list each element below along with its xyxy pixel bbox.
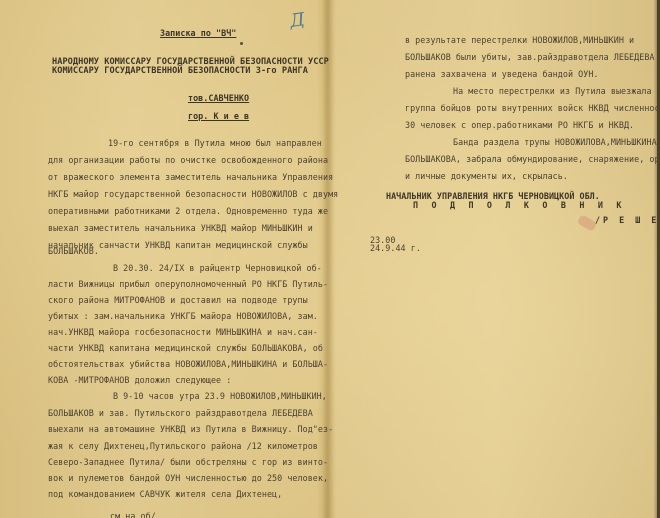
body-line: группа бойцов роты внутренних войск НКВД… — [405, 103, 660, 113]
body-line: выехали на автомашине УНКВД из Путила в … — [48, 424, 333, 434]
body-line: в результате перестрелки НОВОЖИЛОВ,МИНЬШ… — [405, 35, 634, 45]
body-line: части УНКВД капитана медицинской службы … — [48, 343, 323, 353]
body-line: БОЛЬШАКОВ и зав. Путильского райздравотд… — [48, 408, 313, 418]
document-spread: Д Записка по "ВЧ" НАРОДНОМУ КОМИССАРУ ГО… — [0, 0, 660, 518]
continuation-note: см на об/ — [110, 511, 156, 518]
body-line: оперативными работниками 2 отдела. Однов… — [48, 206, 328, 216]
body-line: ласти Вижницы прибыл оперуполномоченный … — [48, 279, 328, 289]
body-line: НКГБ майор государственной безопасности … — [48, 189, 338, 199]
body-line: обстоятельствах убийства НОВОЖИЛОВА,МИНЬ… — [48, 359, 328, 369]
body-line: нач.УНКВД майора госбезопасности МИНЬШКИ… — [48, 327, 318, 337]
body-line: Банда раздела трупы НОВОЖИЛОВА,МИНЬШКИНА… — [453, 137, 660, 147]
addressee-line-2: КОМИССАРУ ГОСУДАРСТВЕННОЙ БЕЗОПАСНОСТИ 3… — [52, 66, 308, 76]
recipient-city: гор. К и е в — [188, 111, 249, 121]
signature-name: /Р Е Ш Е Т О В — [595, 215, 660, 225]
body-line: ского района МИТРОФАНОВ и доставил на по… — [48, 295, 308, 305]
memo-date: 24.9.44 г. — [370, 243, 421, 253]
body-line: На место перестрелки из Путила выезжала — [453, 86, 652, 96]
body-line: КОВА -МИТРОФАНОВ доложил следующее : — [48, 375, 231, 385]
body-line: БОЛЬШАКОВ были убиты, зав.райздравотдела… — [405, 52, 655, 62]
body-line-bolshakov: БОЛЬШАКОВ. — [48, 246, 99, 256]
body-line: убитых : зам.начальника УНКГБ майора НОВ… — [48, 311, 318, 321]
body-line: от вражеского элемента заместитель начал… — [48, 172, 333, 182]
left-page: Записка по "ВЧ" НАРОДНОМУ КОМИССАРУ ГОСУ… — [0, 0, 327, 518]
body-line: под командованием САВЧУК жителя села Дих… — [48, 489, 282, 499]
ink-dot — [240, 42, 243, 45]
body-line: вок и пулеметов бандой ОУН численностью … — [48, 473, 328, 483]
body-line: В 20.30. 24/IX в райцентр Черновицкой об… — [113, 263, 322, 273]
body-line: ранена захвачена и уведена бандой ОУН. — [405, 69, 599, 79]
body-line: Северо-Западнее Путила/ были обстреляны … — [48, 457, 328, 467]
body-line: для организации работы по очистке освобо… — [48, 155, 328, 165]
body-line: и личные документы их, скрылась. — [405, 171, 568, 181]
body-line: В 9-10 часов утра 23.9 НОВОЖИЛОВ,МИНЬШКИ… — [113, 391, 327, 401]
right-page: в результате перестрелки НОВОЖИЛОВ,МИНЬШ… — [330, 0, 660, 518]
recipient-name: тов.САВЧЕНКО — [188, 93, 249, 103]
memo-heading: Записка по "ВЧ" — [160, 28, 236, 38]
body-line: БОЛЬШАКОВА, забрала обмундирование, снар… — [405, 154, 660, 164]
body-line: жая к селу Дихтенец,Путильского района /… — [48, 441, 318, 451]
signature-rank: П О Д П О Л К О В Н И К — [413, 200, 626, 210]
body-line: 19-го сентября в Путила мною был направл… — [108, 138, 322, 148]
body-line: 30 человек с опер.работниками РО НКГБ и … — [405, 120, 634, 130]
body-line: выехал заместитель начальника УНКВД майо… — [48, 223, 313, 233]
